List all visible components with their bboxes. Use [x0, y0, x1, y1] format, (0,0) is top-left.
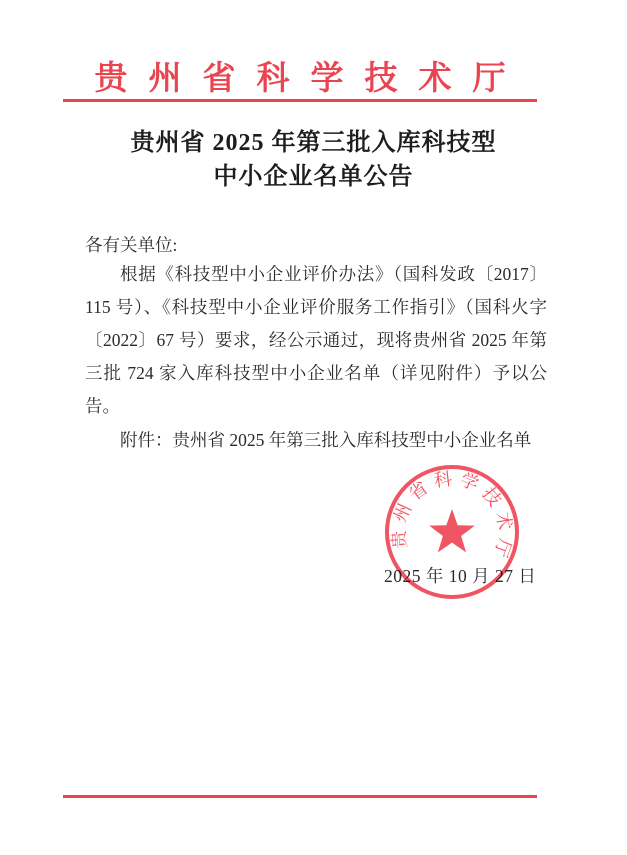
document-title-line1: 贵州省 2025 年第三批入库科技型: [0, 126, 627, 160]
official-seal: 贵州省科学技术厅: [382, 462, 522, 602]
document-page: 贵州省科学技术厅 贵州省 2025 年第三批入库科技型 中小企业名单公告 各有关…: [0, 0, 627, 855]
seal-star-icon: [429, 509, 475, 552]
bottom-border-line: [63, 795, 537, 798]
letterhead-divider-line: [63, 99, 537, 102]
letterhead-title: 贵州省科学技术厅: [63, 52, 537, 99]
attachment-line: 附件：贵州省 2025 年第三批入库科技型中小企业名单: [85, 424, 547, 457]
document-title-line2: 中小企业名单公告: [0, 160, 627, 194]
salutation: 各有关单位:: [85, 233, 177, 257]
document-title: 贵州省 2025 年第三批入库科技型 中小企业名单公告: [0, 126, 627, 194]
body-paragraph: 根据《科技型中小企业评价办法》（国科发政〔2017〕115 号）、《科技型中小企…: [85, 258, 547, 423]
